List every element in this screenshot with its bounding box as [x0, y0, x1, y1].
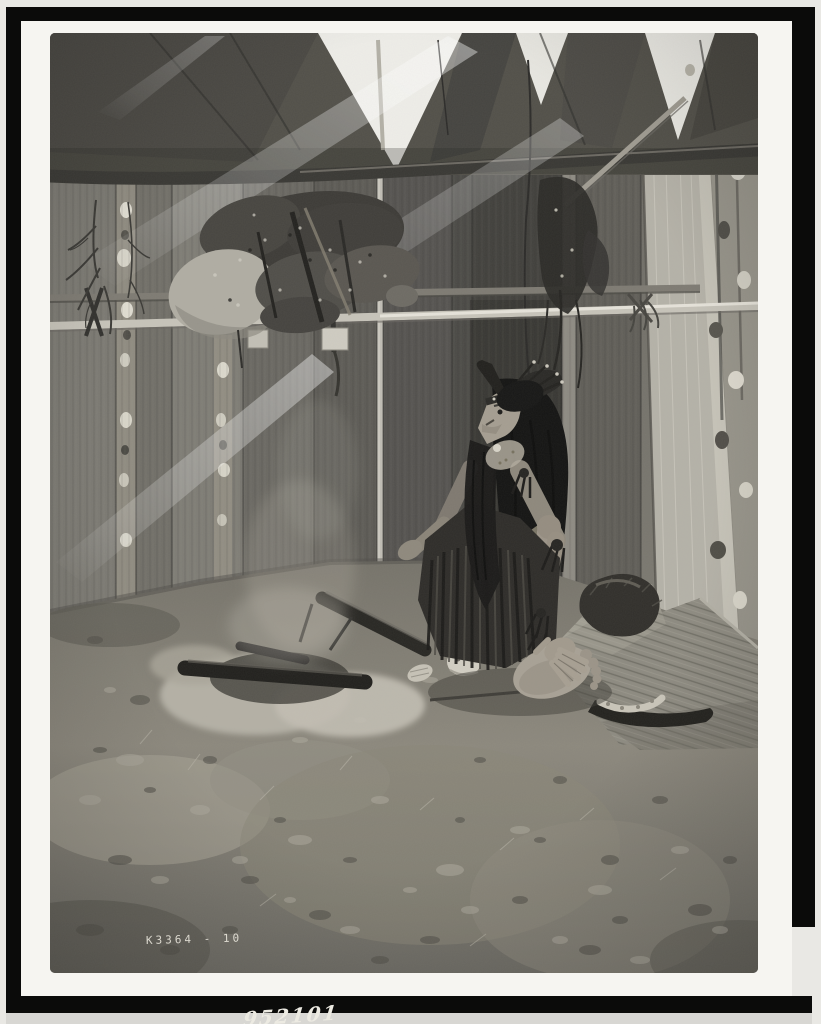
photo: K3364 - 10: [0, 33, 821, 1000]
vignette: [50, 33, 758, 973]
photograph-scan: K3364 - 10 952101: [0, 0, 821, 1024]
photo-canvas: K3364 - 10 952101: [0, 0, 821, 1024]
mount-bottom-band: [6, 996, 812, 1013]
plate-inscription: K3364 - 10: [146, 931, 243, 947]
